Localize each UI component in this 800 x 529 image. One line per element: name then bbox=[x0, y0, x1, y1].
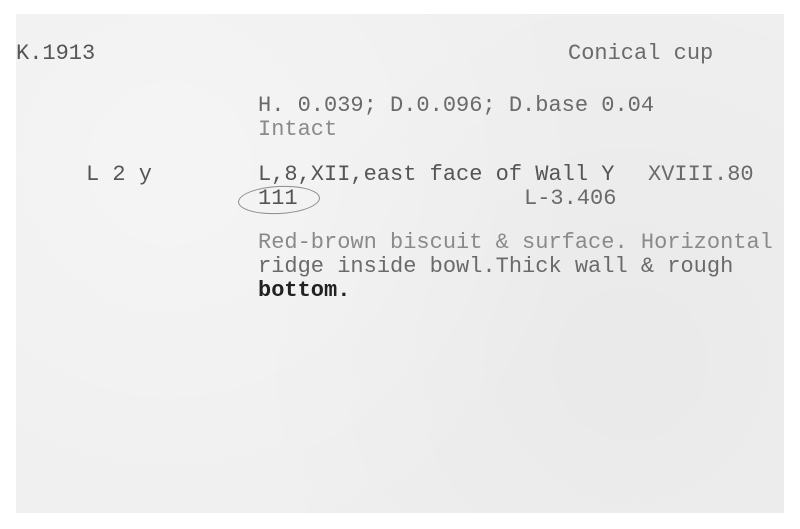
description-line-2: ridge inside bowl.Thick wall & rough bbox=[258, 255, 733, 279]
circled-note: 111 bbox=[258, 187, 298, 211]
description-line-1: Red-brown biscuit & surface. Horizontal bbox=[258, 231, 773, 255]
catalog-number: K.1913 bbox=[16, 42, 95, 66]
findspot: L,8,XII,east face of Wall Y bbox=[258, 163, 614, 187]
findspot-reference: XVIII.80 bbox=[648, 163, 754, 187]
description-line-3: bottom. bbox=[258, 279, 350, 303]
condition: Intact bbox=[258, 118, 337, 142]
side-code: L 2 y bbox=[86, 163, 152, 187]
dimensions: H. 0.039; D.0.096; D.base 0.04 bbox=[258, 94, 654, 118]
level: L-3.406 bbox=[524, 187, 616, 211]
object-type: Conical cup bbox=[568, 42, 713, 66]
